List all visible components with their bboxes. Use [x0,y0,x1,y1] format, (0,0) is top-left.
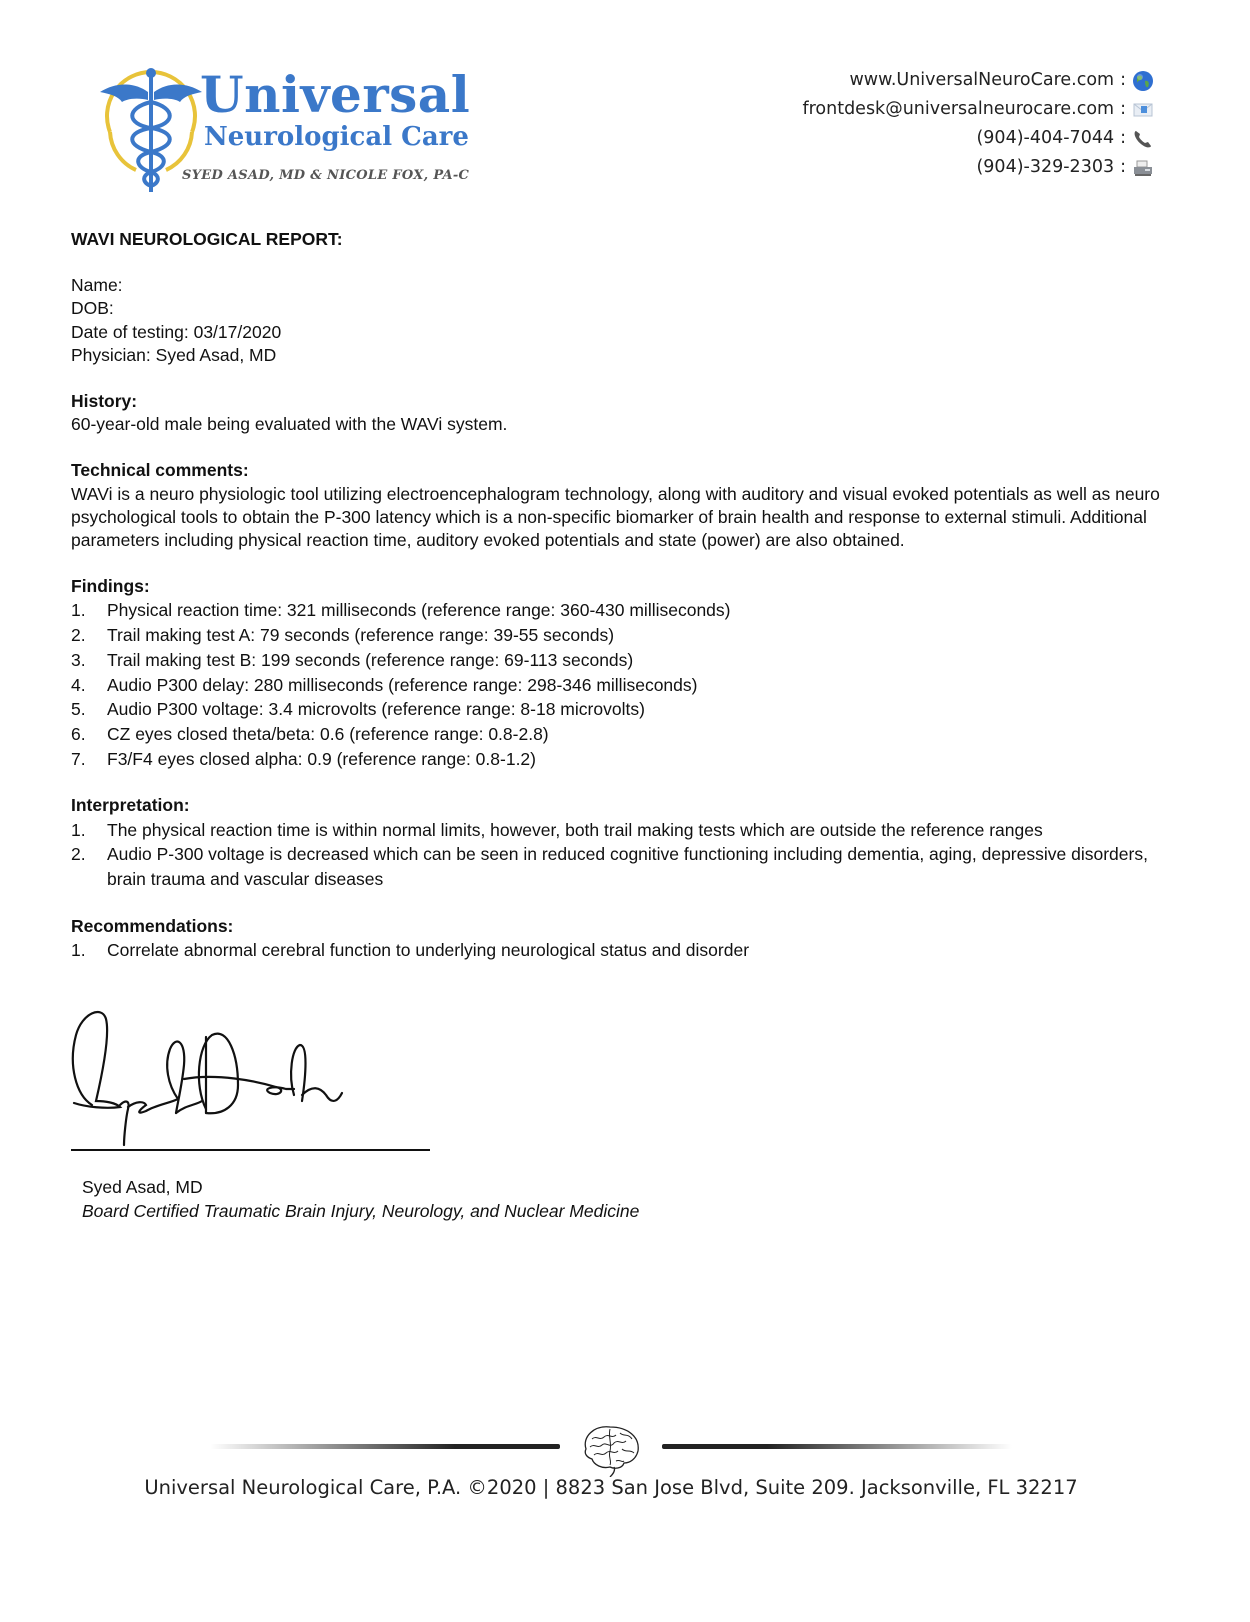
signer-block: Syed Asad, MD Board Certified Traumatic … [82,1176,639,1223]
phone-icon [1132,128,1154,150]
findings-list: 1.Physical reaction time: 321 millisecon… [71,598,1161,771]
logo-title: Universal [200,70,470,120]
technical-section: Technical comments: WAVi is a neuro phys… [71,459,1161,552]
signer-name: Syed Asad, MD [82,1176,639,1200]
testing-date: 03/17/2020 [194,322,282,342]
physician-row: Physician: Syed Asad, MD [71,344,1161,367]
recommendations-heading: Recommendations: [71,915,1161,938]
signer-credentials: Board Certified Traumatic Brain Injury, … [82,1200,639,1224]
report-title: WAVI NEUROLOGICAL REPORT: [71,228,1161,251]
history-heading: History: [71,390,1161,413]
findings-heading: Findings: [71,575,1161,598]
history-text: 60-year-old male being evaluated with th… [71,413,1161,436]
footer-address: Universal Neurological Care, P.A. ©2020 … [0,1476,1222,1499]
dob-row: DOB: [71,297,1161,320]
technical-text: WAVi is a neuro physiologic tool utilizi… [71,483,1161,553]
contact-fax[interactable]: (904)-329-2303 : [802,153,1154,182]
signature-image [66,1005,426,1150]
separator: : [1120,95,1126,124]
contact-block: www.UniversalNeuroCare.com : frontdesk@u… [802,66,1154,182]
contact-website[interactable]: www.UniversalNeuroCare.com : [802,66,1154,95]
separator: : [1120,153,1126,182]
technical-heading: Technical comments: [71,459,1161,482]
email-icon [1132,99,1154,121]
list-item: 4.Audio P300 delay: 280 milliseconds (re… [71,673,1161,698]
list-item: 6.CZ eyes closed theta/beta: 0.6 (refere… [71,722,1161,747]
brain-icon [580,1423,642,1477]
recommendations-section: Recommendations: 1.Correlate abnormal ce… [71,915,1161,963]
report-body: WAVI NEUROLOGICAL REPORT: Name: DOB: Dat… [71,228,1161,963]
list-item: 2.Audio P-300 voltage is decreased which… [71,842,1161,891]
fax-number[interactable]: (904)-329-2303 [976,153,1114,182]
list-item: 2.Trail making test A: 79 seconds (refer… [71,623,1161,648]
logo-doctors: SYED ASAD, MD & NICOLE FOX, PA-C [182,168,469,183]
signature-line [71,1149,430,1151]
interpretation-heading: Interpretation: [71,794,1161,817]
list-item: 5.Audio P300 voltage: 3.4 microvolts (re… [71,697,1161,722]
website-link[interactable]: www.UniversalNeuroCare.com [849,66,1114,95]
email-link[interactable]: frontdesk@universalneurocare.com [802,95,1114,124]
list-item: 1.Correlate abnormal cerebral function t… [71,938,1161,963]
interpretation-section: Interpretation: 1.The physical reaction … [71,794,1161,891]
patient-info: Name: DOB: Date of testing: 03/17/2020 P… [71,274,1161,367]
list-item: 1.Physical reaction time: 321 millisecon… [71,598,1161,623]
separator: : [1120,124,1126,153]
interpretation-list: 1.The physical reaction time is within n… [71,818,1161,892]
list-item: 1.The physical reaction time is within n… [71,818,1161,843]
list-item: 3.Trail making test B: 199 seconds (refe… [71,648,1161,673]
contact-phone[interactable]: (904)-404-7044 : [802,124,1154,153]
footer-divider-left [210,1444,560,1449]
physician-name: Syed Asad, MD [156,345,277,365]
footer-divider-right [662,1444,1012,1449]
fax-icon [1132,157,1154,179]
company-logo: Universal Neurological Care SYED ASAD, M… [96,64,486,196]
findings-section: Findings: 1.Physical reaction time: 321 … [71,575,1161,771]
globe-icon [1132,70,1154,92]
list-item: 7.F3/F4 eyes closed alpha: 0.9 (referenc… [71,747,1161,772]
phone-number[interactable]: (904)-404-7044 [976,124,1114,153]
recommendations-list: 1.Correlate abnormal cerebral function t… [71,938,1161,963]
name-row: Name: [71,274,1161,297]
logo-subtitle: Neurological Care [204,124,469,150]
contact-email[interactable]: frontdesk@universalneurocare.com : [802,95,1154,124]
date-row: Date of testing: 03/17/2020 [71,321,1161,344]
history-section: History: 60-year-old male being evaluate… [71,390,1161,436]
separator: : [1120,66,1126,95]
